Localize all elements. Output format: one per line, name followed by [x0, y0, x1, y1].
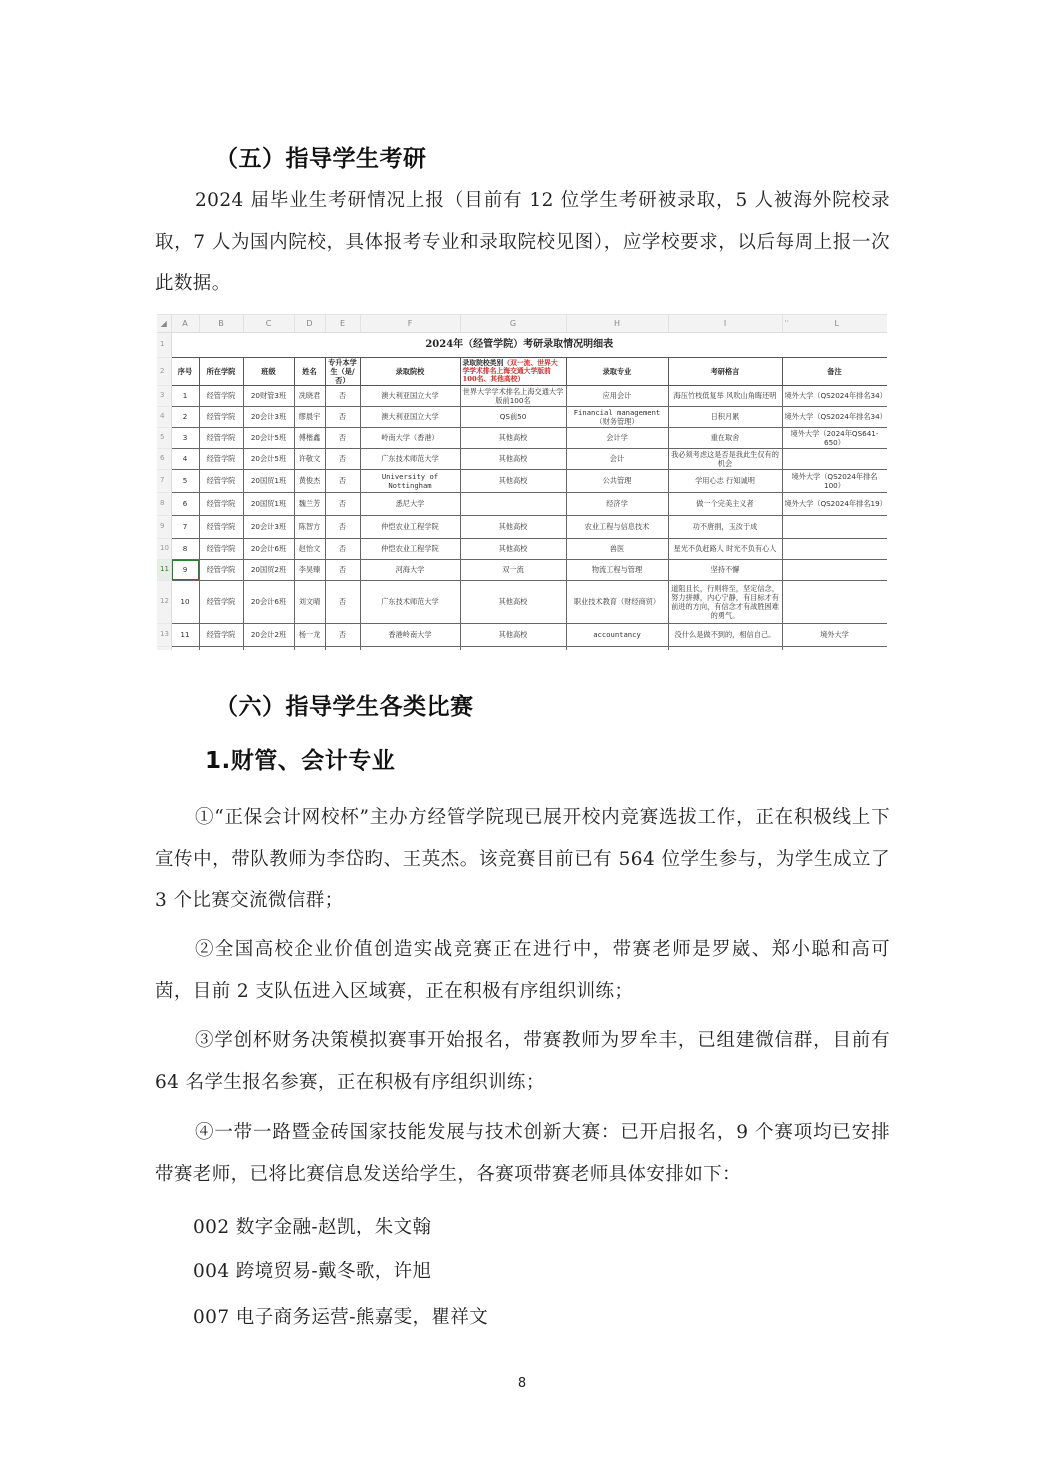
cell-upgrade[interactable]: 否 [325, 623, 360, 646]
cell-remark[interactable] [782, 646, 887, 650]
cell-remark[interactable]: 境外大学（QS2024年排名19） [782, 492, 887, 515]
cell-motto[interactable]: 没什么是做不到的，相信自己。 [668, 623, 782, 646]
cell-upgrade[interactable]: 否 [325, 580, 360, 623]
assignment-line: 004 跨境贸易-戴冬歌，许旭 [193, 1257, 431, 1283]
cell-college[interactable]: 经管学院 [199, 646, 243, 650]
section-heading-postgraduate: （五）指导学生考研 [215, 140, 427, 173]
cell-category[interactable]: 其他高校 [460, 646, 566, 650]
cell-college[interactable]: 经管学院 [199, 406, 243, 427]
cell-school[interactable]: 岭南大学（香港） [360, 427, 460, 448]
cell-seq[interactable]: 3 [171, 427, 199, 448]
cell-motto[interactable]: 有志者事竟成 [668, 646, 782, 650]
cell-school[interactable]: 澳大利亚国立大学 [360, 406, 460, 427]
cell-remark[interactable]: 境外大学（QS2024年排名34） [782, 385, 887, 406]
assignment-line: 002 数字金融-赵凯，朱文翰 [193, 1213, 431, 1239]
column-letter[interactable]: G [460, 315, 566, 332]
cell-upgrade[interactable]: 否 [325, 515, 360, 538]
table-row: 4 2 经管学院 20会计3班 缪晨宇 否 澳大利亚国立大学 QS前50 Fin… [157, 406, 887, 427]
cell-remark[interactable] [782, 515, 887, 538]
cell-major[interactable]: 会计专业 [566, 646, 668, 650]
cell-college[interactable]: 经管学院 [199, 427, 243, 448]
row-number[interactable]: 8 [157, 492, 171, 515]
row-number[interactable]: 5 [157, 427, 171, 448]
cell-remark[interactable]: 境外大学（QS2024年排名100） [782, 469, 887, 492]
table-row: 13 11 经管学院 20会计2班 杨一龙 否 香港岭南大学 其他高校 acco… [157, 623, 887, 646]
cell-major[interactable]: 会计 [566, 448, 668, 469]
page-number: 8 [0, 1376, 1044, 1391]
sheet-title-text: 2024年（经管学院）考研录取情况明细表 [425, 339, 613, 350]
cell-major[interactable]: 兽医 [566, 538, 668, 559]
cell-school[interactable]: 仲恺农业工程学院 [360, 515, 460, 538]
column-letter[interactable]: F [360, 315, 460, 332]
cell-college[interactable]: 经管学院 [199, 469, 243, 492]
cell-college[interactable]: 经管学院 [199, 623, 243, 646]
cell-upgrade[interactable]: 否 [325, 492, 360, 515]
header-remark: 备注 [782, 357, 887, 385]
cell-name[interactable]: 刘文晴 [294, 580, 325, 623]
cell-remark[interactable] [782, 448, 887, 469]
table-row: 8 6 经管学院 20国贸1班 魏兰芳 否 悉尼大学 经济学 做一个完美主义者 … [157, 492, 887, 515]
column-letter[interactable]: A [171, 315, 199, 332]
hidden-columns-marker: '' [785, 319, 789, 328]
cell-seq[interactable]: 6 [171, 492, 199, 515]
cell-seq-active[interactable]: 9 [171, 559, 199, 580]
subsection-heading-finance-accounting: 1.财管、会计专业 [205, 742, 395, 775]
cell-class[interactable]: 20会计3班 [243, 406, 294, 427]
row-number[interactable]: 12 [157, 580, 171, 623]
cell-school[interactable]: 仲恺农业工程学院 [360, 538, 460, 559]
cell-name[interactable]: 陈智方 [294, 515, 325, 538]
cell-class[interactable]: 20会计6班 [243, 538, 294, 559]
cell-class[interactable]: 20会计5班 [243, 448, 294, 469]
column-letter[interactable]: I [668, 315, 782, 332]
cell-category[interactable]: 其他高校 [460, 623, 566, 646]
cell-seq[interactable]: 1 [171, 385, 199, 406]
row-number[interactable]: 14 [157, 646, 171, 650]
cell-remark[interactable]: 境外大学（QS2024年排名34） [782, 406, 887, 427]
cell-category[interactable] [460, 492, 566, 515]
cell-remark[interactable]: 境外大学 [782, 623, 887, 646]
cell-college[interactable]: 经管学院 [199, 538, 243, 559]
cell-name[interactable]: 魏兰芳 [294, 492, 325, 515]
table-row: 3 1 经管学院 20财管3班 冼晓君 否 澳大利亚国立大学 世界大学学术排名上… [157, 385, 887, 406]
cell-upgrade[interactable]: 否 [325, 448, 360, 469]
postgraduate-paragraph: 2024 届毕业生考研情况上报（目前有 12 位学生考研被录取，5 人被海外院校… [155, 180, 890, 305]
header-category-label: 录取院校类别 [463, 359, 504, 367]
cell-seq[interactable]: 12 [171, 646, 199, 650]
header-college: 所在学院 [199, 357, 243, 385]
table-header-row: 2 序号 所在学院 班级 姓名 专升本学生（是/否） 录取院校 录取院校类别（双… [157, 357, 887, 385]
header-major: 录取专业 [566, 357, 668, 385]
cell-class[interactable]: 20国贸2班 [243, 559, 294, 580]
header-category: 录取院校类别（双一流、世界大学学术排名上海交通大学版前100名、其他高校） [460, 357, 566, 385]
cell-name[interactable]: 冼晓君 [294, 385, 325, 406]
cell-major[interactable]: 公共管理 [566, 469, 668, 492]
cell-class[interactable]: 20财管3班 [243, 385, 294, 406]
column-letter-l: L [834, 319, 838, 328]
cell-major[interactable]: 物流工程与管理 [566, 559, 668, 580]
cell-category[interactable]: 其他高校 [460, 580, 566, 623]
cell-seq[interactable]: 2 [171, 406, 199, 427]
cell-upgrade[interactable]: 否 [325, 646, 360, 650]
cell-upgrade[interactable]: 否 [325, 385, 360, 406]
cell-major[interactable]: accountancy [566, 623, 668, 646]
cell-seq[interactable]: 7 [171, 515, 199, 538]
cell-name[interactable]: 赵怡文 [294, 538, 325, 559]
cell-upgrade[interactable]: 否 [325, 469, 360, 492]
cell-motto[interactable]: 海压竹枝低复举 风吹山角晦还明 [668, 385, 782, 406]
cell-major[interactable]: 会计学 [566, 427, 668, 448]
postgraduate-admission-spreadsheet: ◢ A B C D E F G H I ''L 1 2024年（经管学院）考研录… [157, 314, 887, 650]
table-row: 6 4 经管学院 20会计5班 许敬文 否 广东技术师范大学 其他高校 会计 我… [157, 448, 887, 469]
header-name: 姓名 [294, 357, 325, 385]
competition-item-1: ①“正保会计网校杯”主办方经管学院现已展开校内竞赛选拔工作，正在积极线上下宣传中… [155, 797, 890, 922]
cell-motto[interactable]: 日积月累 [668, 406, 782, 427]
cell-upgrade[interactable]: 否 [325, 427, 360, 448]
cell-college[interactable]: 经管学院 [199, 515, 243, 538]
column-letter[interactable]: C [243, 315, 294, 332]
row-number[interactable]: 2 [157, 357, 171, 385]
row-number[interactable]: 10 [157, 538, 171, 559]
cell-major[interactable]: Financial management（财务管理） [566, 406, 668, 427]
table-row: 10 8 经管学院 20会计6班 赵怡文 否 仲恺农业工程学院 其他高校 兽医 … [157, 538, 887, 559]
cell-class[interactable]: 20会计6班 [243, 580, 294, 623]
table-row: 7 5 经管学院 20国贸1班 黄俊杰 否 University of Nott… [157, 469, 887, 492]
cell-seq[interactable]: 5 [171, 469, 199, 492]
cell-name[interactable]: 许敬文 [294, 448, 325, 469]
cell-category[interactable]: 其他高校 [460, 538, 566, 559]
cell-motto[interactable]: 坚持不懈 [668, 559, 782, 580]
cell-name[interactable]: 黄俊杰 [294, 469, 325, 492]
column-letter[interactable]: H [566, 315, 668, 332]
header-seq: 序号 [171, 357, 199, 385]
cell-school[interactable]: 澳大利亚国立大学 [360, 385, 460, 406]
cell-upgrade[interactable]: 否 [325, 559, 360, 580]
cell-name[interactable]: 李昊臻 [294, 559, 325, 580]
cell-class[interactable]: 20会计5班 [243, 427, 294, 448]
cell-remark[interactable] [782, 580, 887, 623]
cell-seq[interactable]: 10 [171, 580, 199, 623]
row-number[interactable]: 3 [157, 385, 171, 406]
cell-college[interactable]: 经管学院 [199, 559, 243, 580]
cell-remark[interactable] [782, 538, 887, 559]
cell-college[interactable]: 经管学院 [199, 492, 243, 515]
cell-school[interactable]: 广东技术师范大学 [360, 580, 460, 623]
table-row: 5 3 经管学院 20会计5班 傅楷鑫 否 岭南大学（香港） 其他高校 会计学 … [157, 427, 887, 448]
cell-remark[interactable]: 境外大学（2024年QS641-650） [782, 427, 887, 448]
cell-college[interactable]: 经管学院 [199, 580, 243, 623]
cell-category[interactable]: 其他高校 [460, 469, 566, 492]
cell-category[interactable]: 其他高校 [460, 427, 566, 448]
select-all-corner[interactable]: ◢ [157, 315, 171, 332]
column-letter[interactable]: D [294, 315, 325, 332]
header-upgrade: 专升本学生（是/否） [325, 357, 360, 385]
assignment-line: 007 电子商务运营-熊嘉雯，瞿祥文 [193, 1303, 488, 1329]
cell-class[interactable]: 20国贸1班 [243, 492, 294, 515]
cell-major[interactable]: 经济学 [566, 492, 668, 515]
table-row: 9 7 经管学院 20会计3班 陈智方 否 仲恺农业工程学院 其他高校 农业工程… [157, 515, 887, 538]
column-letter[interactable]: E [325, 315, 360, 332]
table-row: 12 10 经管学院 20会计6班 刘文晴 否 广东技术师范大学 其他高校 职业… [157, 580, 887, 623]
cell-college[interactable]: 经管学院 [199, 448, 243, 469]
cell-school[interactable]: 河海大学 [360, 559, 460, 580]
row-number[interactable]: 6 [157, 448, 171, 469]
cell-name[interactable]: 赵敏利 [294, 646, 325, 650]
cell-name[interactable]: 杨一龙 [294, 623, 325, 646]
cell-motto[interactable]: 星光不负赶路人 时光不负有心人 [668, 538, 782, 559]
cell-motto[interactable]: 学用心志 行知诚明 [668, 469, 782, 492]
competition-item-4: ④一带一路暨金砖国家技能发展与技术创新大赛：已开启报名，9 个赛项均已安排带赛老… [155, 1112, 890, 1195]
cell-major[interactable]: 应用会计 [566, 385, 668, 406]
sheet-title: 2024年（经管学院）考研录取情况明细表 [171, 332, 887, 357]
cell-school[interactable]: 香港岭南大学 [360, 623, 460, 646]
header-class: 班级 [243, 357, 294, 385]
cell-seq[interactable]: 8 [171, 538, 199, 559]
cell-category[interactable]: QS前50 [460, 406, 566, 427]
cell-class[interactable]: 20会计2班 [243, 623, 294, 646]
cell-major[interactable]: 农业工程与信息技术 [566, 515, 668, 538]
header-motto: 考研格言 [668, 357, 782, 385]
cell-name[interactable]: 傅楷鑫 [294, 427, 325, 448]
row-number[interactable]: 4 [157, 406, 171, 427]
header-school: 录取院校 [360, 357, 460, 385]
cell-seq[interactable]: 11 [171, 623, 199, 646]
section-heading-competitions: （六）指导学生各类比赛 [215, 688, 474, 721]
row-number[interactable]: 7 [157, 469, 171, 492]
table-row-selected: 11 9 经管学院 20国贸2班 李昊臻 否 河海大学 双一流 物流工程与管理 … [157, 559, 887, 580]
cell-remark[interactable] [782, 559, 887, 580]
cell-motto[interactable]: 功不唐捐，玉汝于成 [668, 515, 782, 538]
cell-motto[interactable]: 做一个完美主义者 [668, 492, 782, 515]
cell-category[interactable]: 其他高校 [460, 515, 566, 538]
cell-category[interactable]: 其他高校 [460, 448, 566, 469]
cell-class[interactable]: 20会计3班 [243, 515, 294, 538]
column-letter[interactable]: B [199, 315, 243, 332]
cell-class[interactable]: 20财管3班 [243, 646, 294, 650]
row-number[interactable]: 9 [157, 515, 171, 538]
column-header-row: ◢ A B C D E F G H I ''L [157, 315, 887, 332]
cell-school[interactable]: 广东技术师范大学 [360, 448, 460, 469]
cell-motto[interactable]: 重在取舍 [668, 427, 782, 448]
competition-item-3: ③学创杯财务决策模拟赛事开始报名，带赛教师为罗牟丰，已组建微信群，目前有 64 … [155, 1020, 890, 1103]
competition-item-2: ②全国高校企业价值创造实战竞赛正在进行中，带赛老师是罗崴、郑小聪和高可茵，目前 … [155, 929, 890, 1012]
cell-major[interactable]: 职业技术教育（财经商贸） [566, 580, 668, 623]
row-number[interactable]: 1 [157, 332, 171, 357]
cell-upgrade[interactable]: 否 [325, 406, 360, 427]
cell-seq[interactable]: 4 [171, 448, 199, 469]
cell-class[interactable]: 20国贸1班 [243, 469, 294, 492]
cell-college[interactable]: 经管学院 [199, 385, 243, 406]
cell-name[interactable]: 缪晨宇 [294, 406, 325, 427]
cell-motto[interactable]: 道阻且长，行则将至，坚定信念，努力拼搏，内心宁静，有目标才有前进的方向，有信念才… [668, 580, 782, 623]
cell-category[interactable]: 双一流 [460, 559, 566, 580]
row-number-selected[interactable]: 11 [157, 559, 171, 580]
row-number[interactable]: 13 [157, 623, 171, 646]
cell-motto[interactable]: 我必须考虑这是否是我此生仅有的机会 [668, 448, 782, 469]
cell-school[interactable]: University of Nottingham [360, 469, 460, 492]
cell-category[interactable]: 世界大学学术排名上海交通大学版前100名 [460, 385, 566, 406]
cell-school[interactable]: 赣南师范大学 [360, 646, 460, 650]
cell-upgrade[interactable]: 否 [325, 538, 360, 559]
column-letter[interactable]: ''L [782, 315, 887, 332]
cell-school[interactable]: 悉尼大学 [360, 492, 460, 515]
table-row: 14 12 经管学院 20财管3班 赵敏利 否 赣南师范大学 其他高校 会计专业… [157, 646, 887, 650]
